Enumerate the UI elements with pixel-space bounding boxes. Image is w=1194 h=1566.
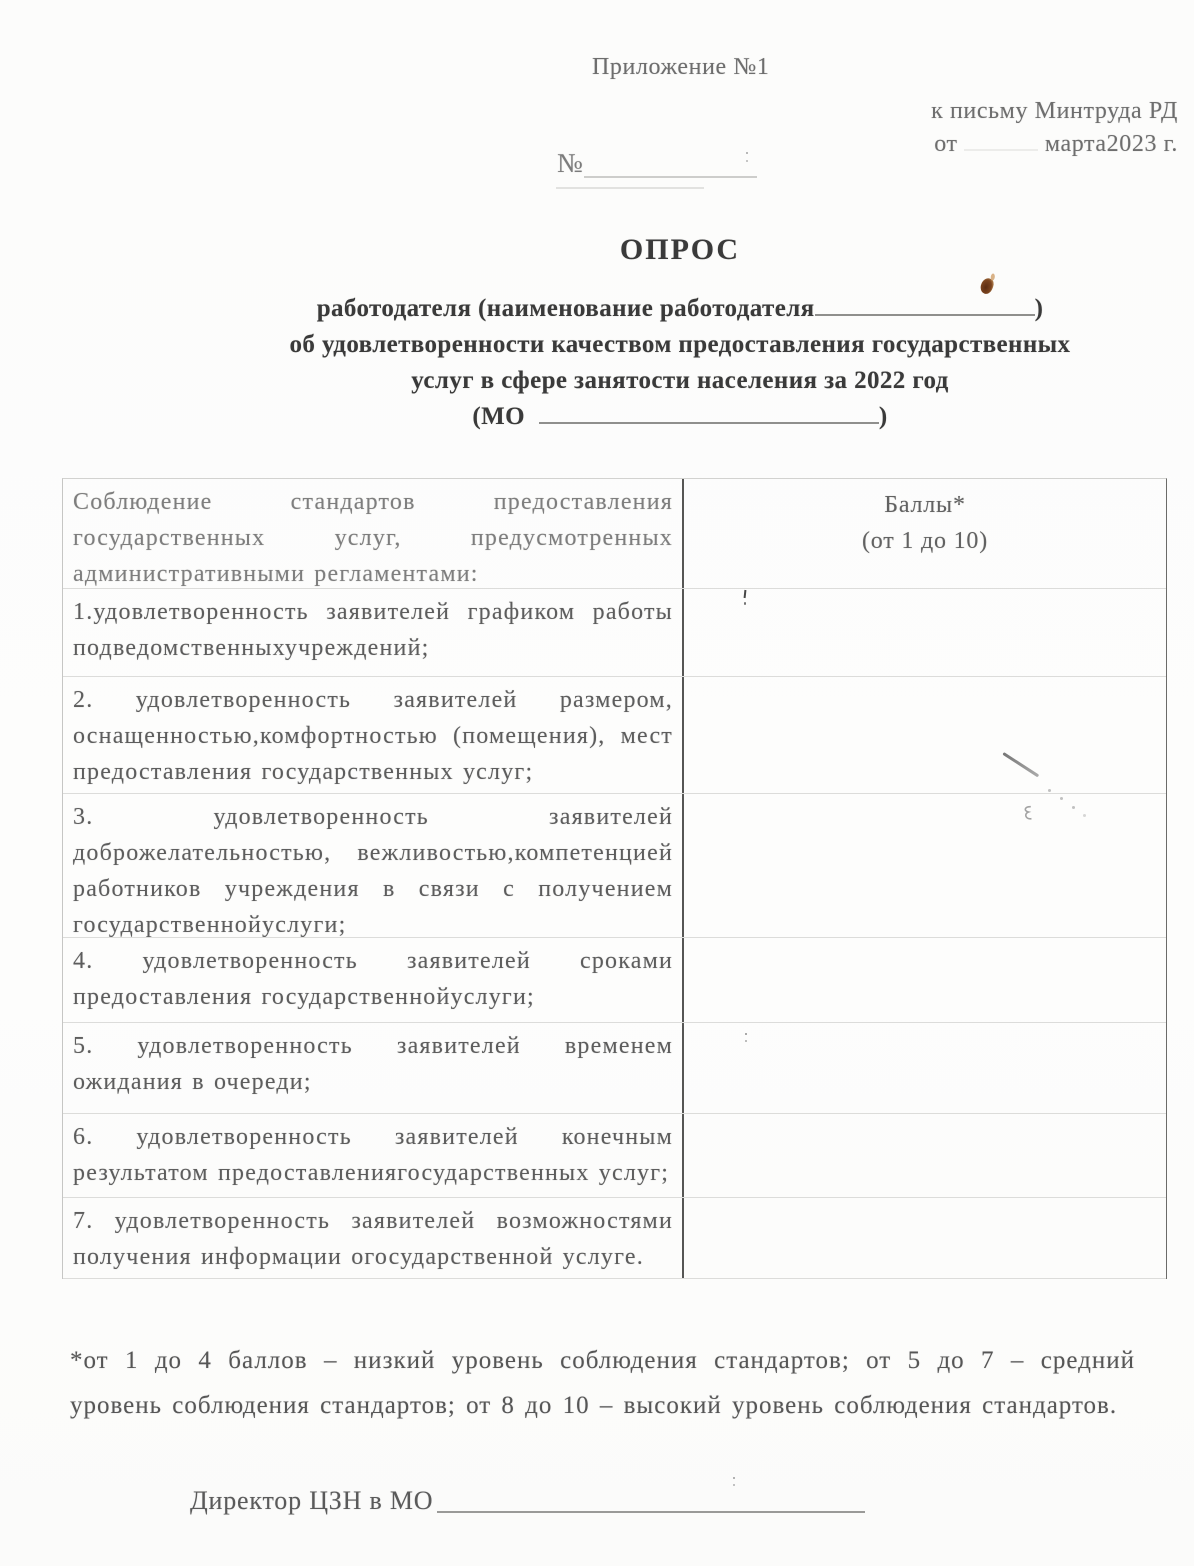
table-row: 1.удовлетворенность заявителей графиком … — [63, 589, 1166, 677]
pencil-dot — [1083, 814, 1086, 817]
number-label: № — [557, 148, 583, 178]
date-blank-line — [964, 149, 1038, 151]
score-cell — [684, 1023, 1166, 1113]
date-value: марта2023 г. — [1045, 131, 1178, 157]
title-line-employer: работодателя (наименование работодателя) — [165, 291, 1194, 327]
score-header-cell: Баллы* (от 1 до 10) — [684, 479, 1166, 588]
scan-speck — [746, 152, 748, 154]
title-main: ОПРОС — [165, 233, 1194, 267]
mo-suffix: ) — [879, 403, 888, 430]
criteria-cell: 4. удовлетворенность заявителей сроками … — [63, 938, 684, 1022]
title-employer-suffix: ) — [1035, 295, 1044, 322]
score-cell — [684, 677, 1166, 793]
document-number-line: № — [557, 148, 583, 179]
signature-line: Директор ЦЗН в МО — [190, 1486, 865, 1516]
scoring-footnote: *от 1 до 4 баллов – низкий уровень соблю… — [70, 1338, 1135, 1428]
title-line-satisfaction: об удовлетворенности качеством предостав… — [165, 327, 1194, 363]
score-cell — [684, 589, 1166, 676]
score-cell — [684, 1114, 1166, 1197]
scan-speck — [745, 1033, 747, 1035]
mo-name-blank — [539, 422, 879, 424]
survey-table: Соблюдение стандартов предоставления гос… — [62, 478, 1167, 1279]
score-header-range: (от 1 до 10) — [684, 523, 1166, 559]
table-row: 5. удовлетворенность заявителей временем… — [63, 1023, 1166, 1114]
signature-blank-line — [437, 1511, 865, 1513]
employer-name-blank — [815, 314, 1035, 316]
pencil-dot — [1048, 789, 1051, 792]
signature-label: Директор ЦЗН в МО — [190, 1486, 433, 1515]
title-line-mo: (МО) — [165, 399, 1194, 435]
pencil-dot — [1072, 806, 1075, 809]
criteria-cell: 2. удовлетворенность заявителей размером… — [63, 677, 684, 793]
criteria-cell: 3. удовлетворенность заявителей доброжел… — [63, 794, 684, 937]
table-row: 2. удовлетворенность заявителей размером… — [63, 677, 1166, 794]
letter-date-line: от марта2023 г. — [931, 128, 1178, 161]
date-from-label: от — [934, 131, 957, 157]
criteria-cell: 1.удовлетворенность заявителей графиком … — [63, 589, 684, 676]
criteria-cell: 7. удовлетворенность заявителей возможно… — [63, 1198, 684, 1278]
scanned-document-page: Приложение №1 к письму Минтруда РД от ма… — [0, 0, 1194, 1566]
score-cell — [684, 938, 1166, 1022]
title-line-services-year: услуг в сфере занятости населения за 202… — [165, 363, 1194, 399]
appendix-label: Приложение №1 — [592, 54, 770, 81]
mo-prefix: (МО — [472, 403, 525, 430]
title-employer-prefix: работодателя (наименование работодателя — [317, 295, 815, 322]
criteria-cell: 5. удовлетворенность заявителей временем… — [63, 1023, 684, 1113]
table-row: 3. удовлетворенность заявителей доброжел… — [63, 794, 1166, 938]
table-row: 4. удовлетворенность заявителей сроками … — [63, 938, 1166, 1023]
score-cell — [684, 794, 1166, 937]
scan-speck — [744, 590, 747, 606]
criteria-cell: 6. удовлетворенность заявителей конечным… — [63, 1114, 684, 1197]
table-row: 7. удовлетворенность заявителей возможно… — [63, 1198, 1166, 1279]
document-title-block: ОПРОС работодателя (наименование работод… — [165, 233, 1194, 435]
score-header-title: Баллы* — [684, 487, 1166, 523]
number-blank-line — [584, 176, 757, 178]
scan-speck — [733, 1477, 735, 1479]
table-row: 6. удовлетворенность заявителей конечным… — [63, 1114, 1166, 1198]
pencil-squiggle — [1021, 804, 1038, 827]
letter-reference-line: к письму Минтруда РД — [931, 95, 1178, 128]
letter-reference-block: к письму Минтруда РД от марта2023 г. — [931, 95, 1178, 161]
score-cell — [684, 1198, 1166, 1278]
pencil-dot — [1060, 797, 1063, 800]
table-header-row: Соблюдение стандартов предоставления гос… — [63, 479, 1166, 589]
criteria-header-cell: Соблюдение стандартов предоставления гос… — [63, 479, 684, 588]
number-blank-line-fragment — [556, 187, 704, 189]
